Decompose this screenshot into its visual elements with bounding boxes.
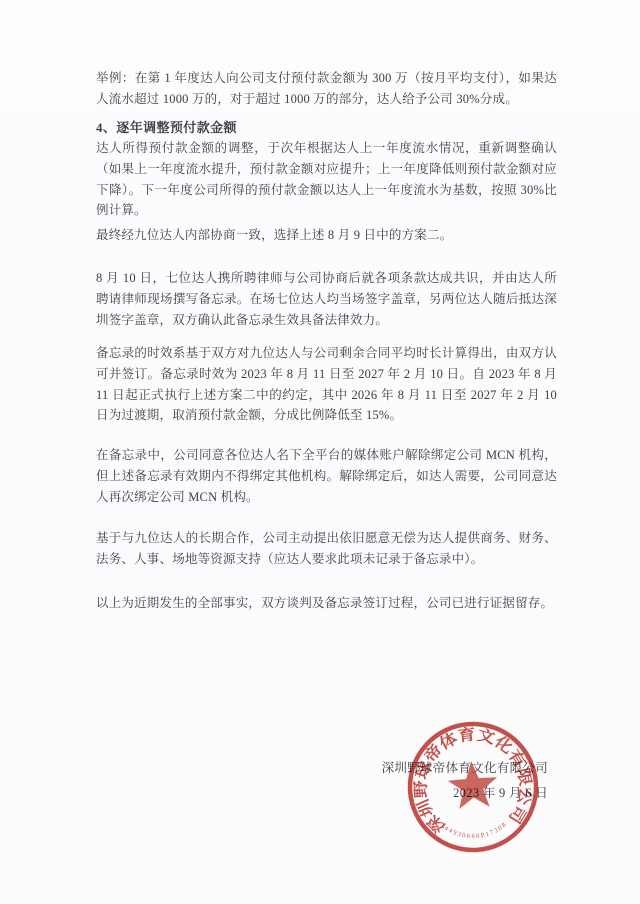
scanned-document-page: 举例：在第 1 年度达人向公司支付预付款金额为 300 万（按月平均支付），如果… [0,0,640,904]
section-heading-4: 4、逐年调整预付款金额 [96,118,557,138]
signature-block: 深圳野球帝体育文化有限公司 2023 年 9 月 6 日 [382,756,548,806]
document-paragraph-adjust: 达人所得预付款金额的调整，于次年根据达人上一年度流水情况，重新调整确认（如果上一… [96,138,557,221]
document-paragraph-final-choice: 最终经九位达人内部协商一致，选择上述 8 月 9 日中的方案二。 [96,225,557,246]
document-paragraph-closing: 以上为近期发生的全部事实，双方谈判及备忘录签订过程，公司已进行证据留存。 [96,593,557,614]
seal-serial-container: 44930660P17308 [443,821,510,843]
document-paragraph-aug10: 8 月 10 日，七位达人携所聘律师与公司协商后就各项条款达成共识，并由达人所聘… [96,268,557,330]
document-paragraph-example: 举例：在第 1 年度达人向公司支付预付款金额为 300 万（按月平均支付），如果… [96,68,557,110]
signature-date: 2023 年 9 月 6 日 [382,781,548,806]
seal-serial-number: 44930660P17308 [443,821,510,843]
signature-company-name: 深圳野球帝体育文化有限公司 [382,756,548,781]
document-paragraph-mcn: 在备忘录中，公司同意各位达人名下全平台的媒体账户解除绑定公司 MCN 机构，但上… [96,445,557,507]
document-paragraph-support: 基于与九位达人的长期合作，公司主动提出依旧愿意无偿为达人提供商务、财务、法务、人… [96,528,557,570]
document-paragraph-validity: 备忘录的时效系基于双方对九位达人与公司剩余合同平均时长计算得出，由双方认可并签订… [96,343,557,426]
